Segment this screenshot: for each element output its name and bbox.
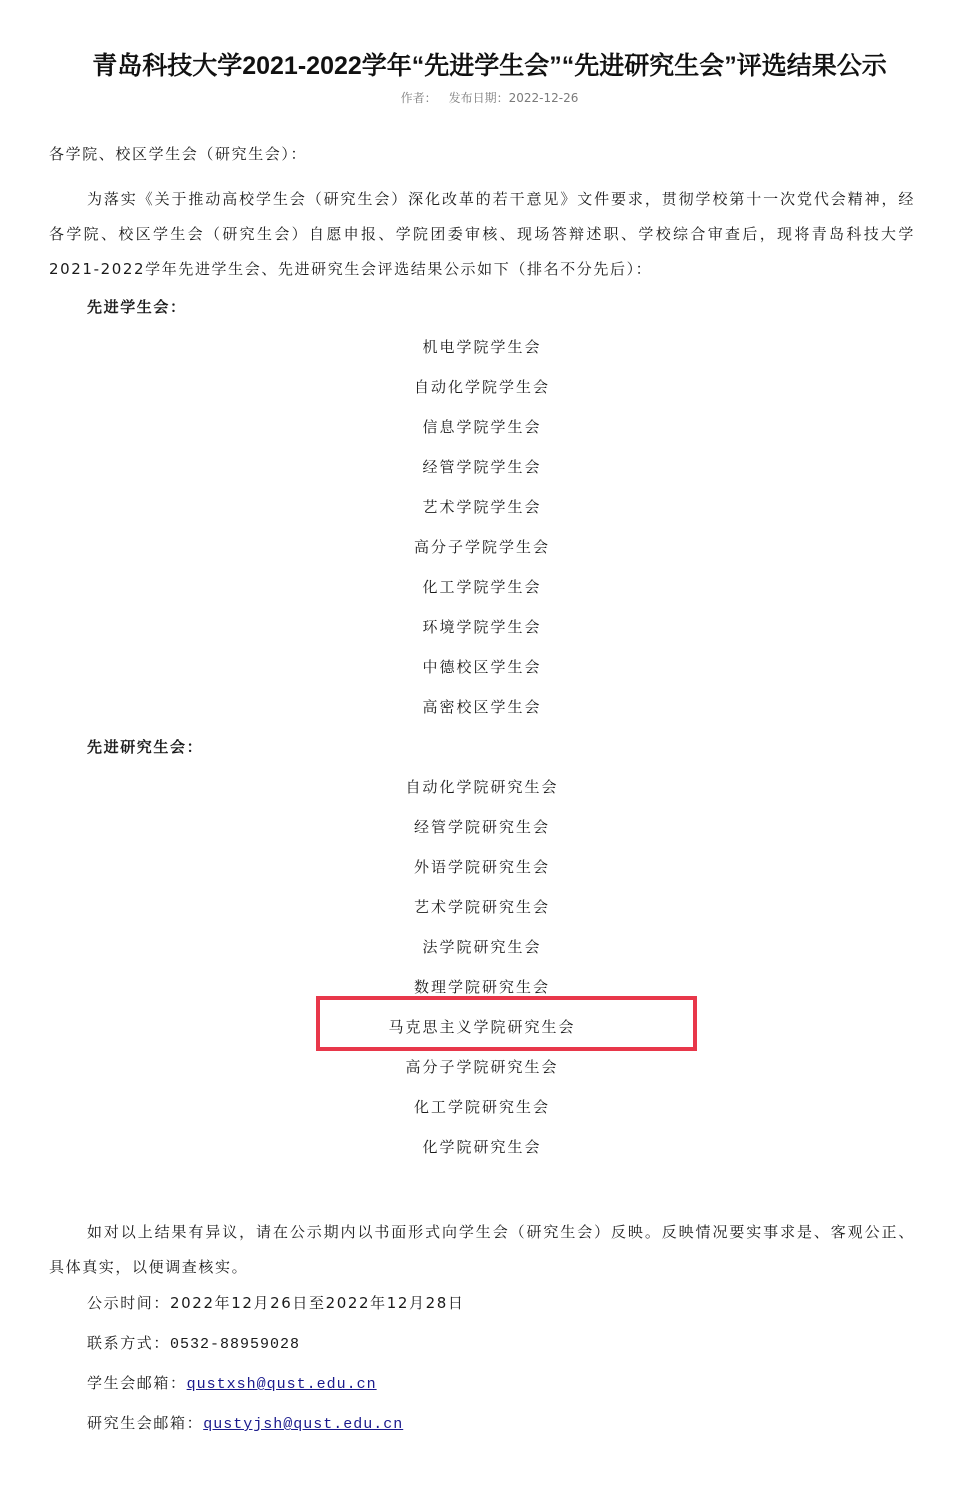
notice-period-value: 2022年12月26日至2022年12月28日 (170, 1294, 465, 1312)
salutation: 各学院、校区学生会（研究生会）： (49, 142, 915, 182)
list-item: 中德校区学生会 (49, 655, 915, 695)
list-item: 经管学院研究生会 (49, 815, 915, 855)
student-union-email-label: 学生会邮箱： (87, 1374, 187, 1392)
page-title: 青岛科技大学2021-2022学年“先进学生会”“先进研究生会”评选结果公示 (0, 46, 979, 86)
notice-period: 公示时间：2022年12月26日至2022年12月28日 (49, 1291, 915, 1331)
date-label: 发布日期： (449, 91, 509, 105)
list-item: 外语学院研究生会 (49, 855, 915, 895)
contact-info: 联系方式：0532-88959028 (49, 1331, 915, 1371)
list-item: 经管学院学生会 (49, 455, 915, 495)
notice-period-label: 公示时间： (87, 1294, 170, 1312)
student-union-email: 学生会邮箱：qustxsh@qust.edu.cn (49, 1371, 915, 1411)
graduate-union-email: 研究生会邮箱：qustyjsh@qust.edu.cn (49, 1411, 915, 1451)
objection-paragraph: 如对以上结果有异议，请在公示期内以书面形式向学生会（研究生会）反映。反映情况要实… (49, 1215, 915, 1285)
list-item: 高分子学院学生会 (49, 535, 915, 575)
list-item: 数理学院研究生会 (49, 975, 915, 1015)
list-item: 化工学院研究生会 (49, 1095, 915, 1135)
graduate-union-email-label: 研究生会邮箱： (87, 1414, 203, 1432)
contact-phone: 0532-88959028 (170, 1336, 300, 1353)
student-union-list: 机电学院学生会 自动化学院学生会 信息学院学生会 经管学院学生会 艺术学院学生会… (49, 335, 915, 735)
list-item: 高分子学院研究生会 (49, 1055, 915, 1095)
contact-label: 联系方式： (87, 1334, 170, 1352)
list-item: 信息学院学生会 (49, 415, 915, 455)
list-item: 高密校区学生会 (49, 695, 915, 735)
publish-date: 2022-12-26 (509, 91, 579, 105)
graduate-union-list: 自动化学院研究生会 经管学院研究生会 外语学院研究生会 艺术学院研究生会 法学院… (49, 775, 915, 1175)
list-item: 艺术学院学生会 (49, 495, 915, 535)
list-item: 法学院研究生会 (49, 935, 915, 975)
student-union-email-link[interactable]: qustxsh@qust.edu.cn (187, 1376, 377, 1393)
graduate-union-heading: 先进研究生会： (49, 735, 915, 775)
list-item: 机电学院学生会 (49, 335, 915, 375)
student-union-heading: 先进学生会： (49, 295, 915, 335)
list-item: 自动化学院研究生会 (49, 775, 915, 815)
article-meta: 作者：发布日期：2022-12-26 (0, 90, 979, 106)
graduate-union-email-link[interactable]: qustyjsh@qust.edu.cn (203, 1416, 403, 1433)
list-item: 艺术学院研究生会 (49, 895, 915, 935)
article-content: 各学院、校区学生会（研究生会）： 为落实《关于推动高校学生会（研究生会）深化改革… (49, 142, 915, 1451)
list-item: 化学院研究生会 (49, 1135, 915, 1175)
list-item-highlighted: 马克思主义学院研究生会 (49, 1015, 915, 1055)
list-item: 自动化学院学生会 (49, 375, 915, 415)
list-item: 化工学院学生会 (49, 575, 915, 615)
author-label: 作者： (401, 91, 437, 105)
list-item: 环境学院学生会 (49, 615, 915, 655)
intro-paragraph: 为落实《关于推动高校学生会（研究生会）深化改革的若干意见》文件要求，贯彻学校第十… (49, 182, 915, 287)
